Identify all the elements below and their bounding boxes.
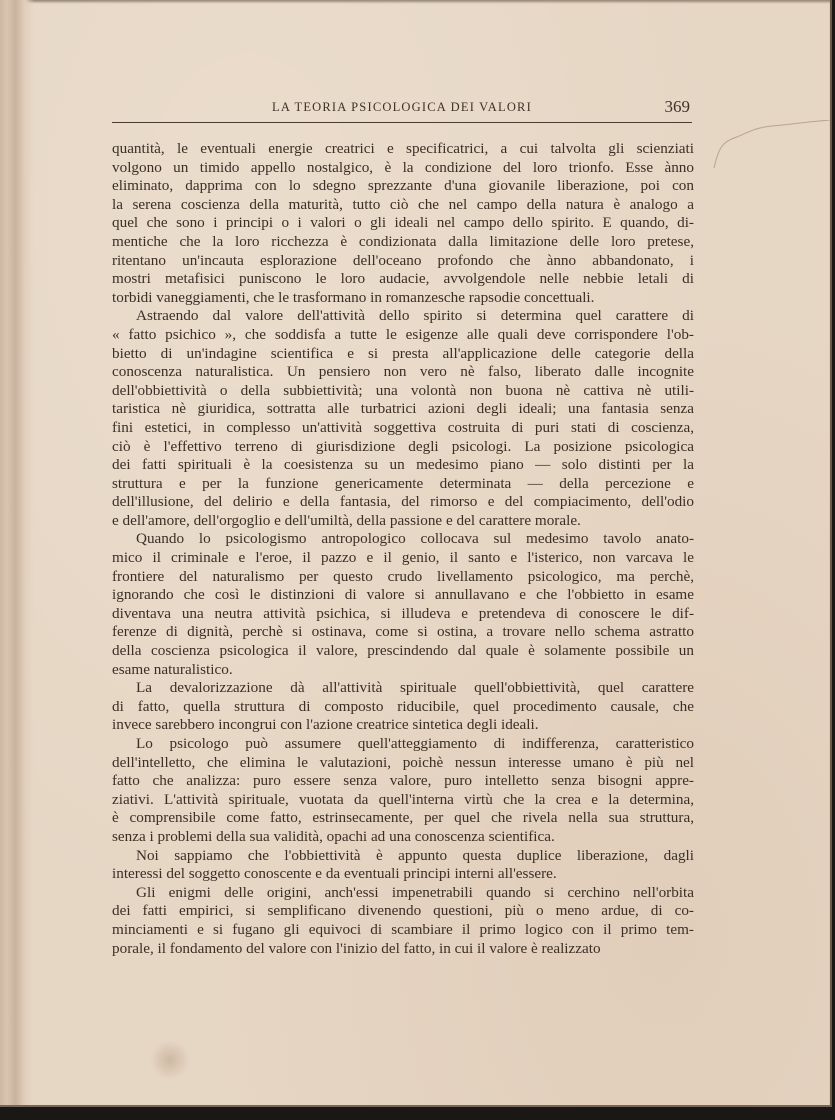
paragraph: Lo psicologo può assumere quell'atteggia… <box>112 735 694 847</box>
text-line: ciò è l'effettivo terreno di giurisdizio… <box>112 438 694 457</box>
text-line: ritentano un'incauta esplorazione dell'o… <box>112 252 694 271</box>
paragraph: Astraendo dal valore dell'attività dello… <box>112 307 694 530</box>
text-line: fatto che analizza: puro essere senza va… <box>112 772 694 791</box>
text-line: minciamenti e si fugano gli equivoci di … <box>112 921 694 940</box>
paragraph: quantità, le eventuali energie creatrici… <box>112 140 694 307</box>
text-line: Noi sappiamo che l'obbiettività è appunt… <box>112 847 694 866</box>
paragraph: La devalorizzazione dà all'attività spir… <box>112 679 694 735</box>
text-line: mostri metafisici puniscono le loro auda… <box>112 270 694 289</box>
book-page: LA TEORIA PSICOLOGICA DEI VALORI 369 qua… <box>0 0 832 1107</box>
running-title: LA TEORIA PSICOLOGICA DEI VALORI <box>112 100 692 115</box>
text-line: mico il criminale e l'eroe, il pazzo e i… <box>112 549 694 568</box>
text-line: frontiere del naturalismo per questo cru… <box>112 568 694 587</box>
text-line: La devalorizzazione dà all'attività spir… <box>112 679 694 698</box>
paragraph: Noi sappiamo che l'obbiettività è appunt… <box>112 847 694 884</box>
text-line: ferenze di dignità, perchè si ostinava, … <box>112 623 694 642</box>
text-line: bietto di un'indagine scientifica e si p… <box>112 345 694 364</box>
text-line: dell'illusione, del delirio e della fant… <box>112 493 694 512</box>
text-line: quantità, le eventuali energie creatrici… <box>112 140 694 159</box>
text-line: taristica nè giuridica, sottratta alle t… <box>112 400 694 419</box>
text-line: dell'intelletto, che elimina le valutazi… <box>112 754 694 773</box>
text-line: la serena coscienza della maturità, tutt… <box>112 196 694 215</box>
text-line: Gli enigmi delle origini, anch'essi impe… <box>112 884 694 903</box>
text-line: Lo psicologo può assumere quell'atteggia… <box>112 735 694 754</box>
text-line: di fatto, quella struttura di composto r… <box>112 698 694 717</box>
text-line: invece sarebbero incongrui con l'azione … <box>112 716 694 735</box>
text-line: eliminato, dapprima con lo sdegno sprezz… <box>112 177 694 196</box>
text-line: torbidi vaneggiamenti, che le trasforman… <box>112 289 694 308</box>
paragraph: Gli enigmi delle origini, anch'essi impe… <box>112 884 694 958</box>
text-line: interessi del soggetto conoscente e da e… <box>112 865 694 884</box>
text-line: conoscenza naturalistica. Un pensiero no… <box>112 363 694 382</box>
text-line: ziativi. L'attività spirituale, vuotata … <box>112 791 694 810</box>
paper-crack-mark <box>712 120 832 170</box>
text-line: volgono un timido appello nostalgico, è … <box>112 159 694 178</box>
scanned-page-view: LA TEORIA PSICOLOGICA DEI VALORI 369 qua… <box>0 0 835 1120</box>
text-line: struttura e per la funzione genericament… <box>112 475 694 494</box>
paper-stain <box>150 1040 190 1080</box>
text-line: porale, il fondamento del valore con l'i… <box>112 940 694 959</box>
text-line: della coscienza psicologica il valore, p… <box>112 642 694 661</box>
text-line: dei fatti spirituali è la coesistenza su… <box>112 456 694 475</box>
text-line: esame naturalistico. <box>112 661 694 680</box>
text-line: è comprensibile come fatto, estrinsecame… <box>112 809 694 828</box>
text-line: fini estetici, in complesso un'attività … <box>112 419 694 438</box>
text-line: quel che sono i principi o i valori o gl… <box>112 214 694 233</box>
text-line: dei fatti empirici, si semplificano dive… <box>112 902 694 921</box>
text-line: mentiche che la loro ricchezza è condizi… <box>112 233 694 252</box>
binding-shadow <box>0 0 34 1105</box>
body-text: quantità, le eventuali energie creatrici… <box>112 140 694 958</box>
text-line: Quando lo psicologismo antropologico col… <box>112 530 694 549</box>
paragraph: Quando lo psicologismo antropologico col… <box>112 530 694 679</box>
text-line: diventava una neutra attività psichica, … <box>112 605 694 624</box>
page-number: 369 <box>665 97 691 117</box>
text-line: senza i problemi della sua validità, opa… <box>112 828 694 847</box>
text-line: dell'obbiettività o della subbiettività;… <box>112 382 694 401</box>
text-line: Astraendo dal valore dell'attività dello… <box>112 307 694 326</box>
text-line: ignorando che così le distinzioni di val… <box>112 586 694 605</box>
text-line: « fatto psichico », che soddisfa a tutte… <box>112 326 694 345</box>
running-header: LA TEORIA PSICOLOGICA DEI VALORI 369 <box>112 98 692 123</box>
text-line: e dell'amore, dell'orgoglio e dell'umilt… <box>112 512 694 531</box>
